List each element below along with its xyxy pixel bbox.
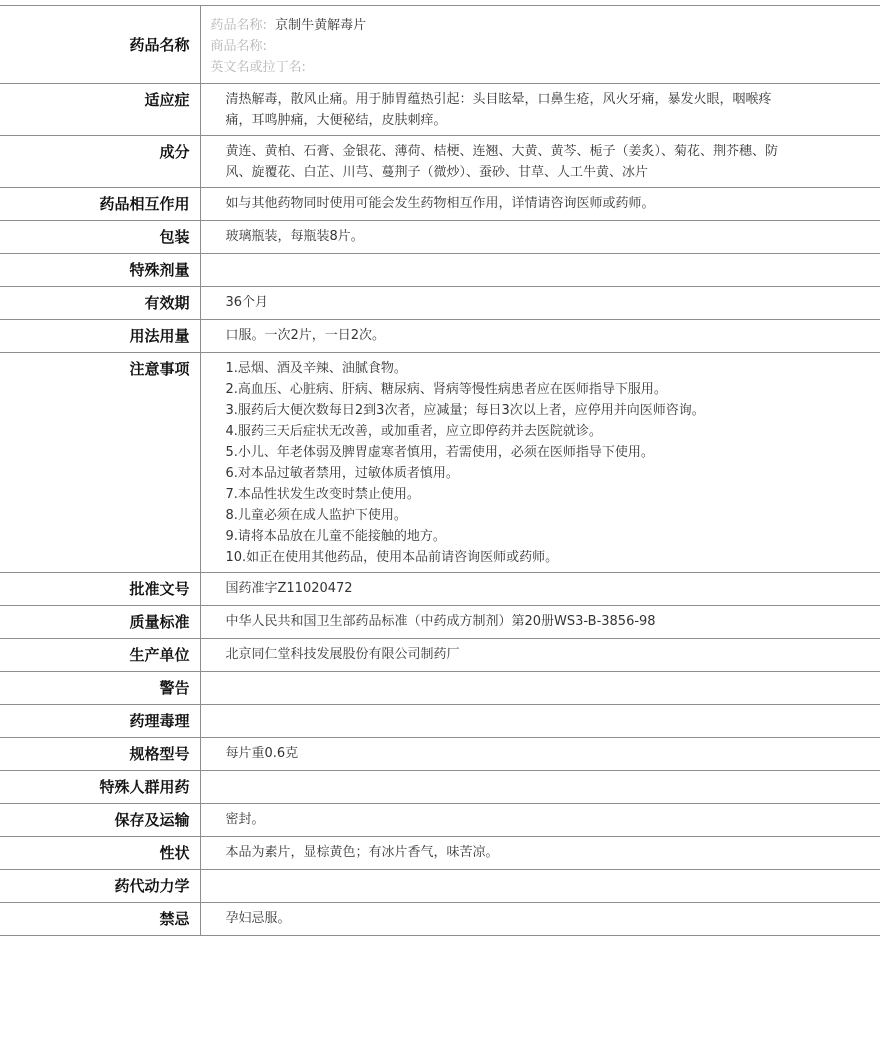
list-item: 9.请将本品放在儿童不能接触的地方。 [226, 526, 791, 547]
list-item: 7.本品性状发生改变时禁止使用。 [226, 484, 791, 505]
row-ingredients: 成分 黄连、黄柏、石膏、金银花、薄荷、桔梗、连翘、大黄、黄芩、栀子（姜炙）、菊花… [0, 136, 880, 188]
row-label: 药理毒理 [0, 705, 200, 738]
row-label: 适应症 [0, 84, 200, 136]
row-label: 成分 [0, 136, 200, 188]
row-label: 特殊剂量 [0, 254, 200, 287]
generic-name-line: 药品名称: 京制牛黄解毒片 [211, 6, 791, 36]
row-pharmacokinetics: 药代动力学 [0, 870, 880, 903]
row-value [200, 705, 880, 738]
generic-name-label: 药品名称: [211, 18, 267, 33]
english-name-line: 英文名或拉丁名: [211, 57, 791, 78]
trade-name-label: 商品名称: [211, 39, 267, 54]
list-item: 3.服药后大便次数每日2到3次者，应减量；每日3次以上者，应停用并向医师咨询。 [226, 400, 791, 421]
row-interactions: 药品相互作用 如与其他药物同时使用可能会发生药物相互作用，详情请咨询医师或药师。 [0, 188, 880, 221]
list-item: 6.对本品过敏者禁用，过敏体质者慎用。 [226, 463, 791, 484]
precautions-list: 1.忌烟、酒及辛辣、油腻食物。 2.高血压、心脏病、肝病、糖尿病、肾病等慢性病患… [226, 353, 791, 571]
row-label: 有效期 [0, 287, 200, 320]
row-warning: 警告 [0, 672, 880, 705]
row-label: 警告 [0, 672, 200, 705]
row-label: 保存及运输 [0, 804, 200, 837]
row-value: 每片重0.6克 [200, 738, 880, 771]
row-value: 国药准字Z11020472 [200, 573, 880, 606]
row-label: 性状 [0, 837, 200, 870]
trade-name-line: 商品名称: [211, 36, 791, 57]
row-value [200, 254, 880, 287]
row-value: 1.忌烟、酒及辛辣、油腻食物。 2.高血压、心脏病、肝病、糖尿病、肾病等慢性病患… [200, 353, 880, 573]
row-value [200, 771, 880, 804]
row-value: 36个月 [200, 287, 880, 320]
row-label: 禁忌 [0, 903, 200, 936]
row-label: 批准文号 [0, 573, 200, 606]
row-value: 口服。一次2片，一日2次。 [200, 320, 880, 353]
row-value: 黄连、黄柏、石膏、金银花、薄荷、桔梗、连翘、大黄、黄芩、栀子（姜炙）、菊花、荆芥… [200, 136, 880, 188]
row-label: 质量标准 [0, 606, 200, 639]
row-indications: 适应症 清热解毒，散风止痛。用于肺胃蕴热引起：头目眩晕，口鼻生疮，风火牙痛，暴发… [0, 84, 880, 136]
row-precautions: 注意事项 1.忌烟、酒及辛辣、油腻食物。 2.高血压、心脏病、肝病、糖尿病、肾病… [0, 353, 880, 573]
row-storage: 保存及运输 密封。 [0, 804, 880, 837]
row-label: 药品名称 [0, 6, 200, 84]
list-item: 2.高血压、心脏病、肝病、糖尿病、肾病等慢性病患者应在医师指导下服用。 [226, 379, 791, 400]
row-pharmacology-toxicology: 药理毒理 [0, 705, 880, 738]
row-value: 本品为素片，显棕黄色；有冰片香气，味苦凉。 [200, 837, 880, 870]
row-value: 如与其他药物同时使用可能会发生药物相互作用，详情请咨询医师或药师。 [200, 188, 880, 221]
row-quality-standard: 质量标准 中华人民共和国卫生部药品标准（中药成方制剂）第20册WS3-B-385… [0, 606, 880, 639]
english-name-label: 英文名或拉丁名: [211, 60, 306, 75]
row-special-populations: 特殊人群用药 [0, 771, 880, 804]
row-value: 玻璃瓶装，每瓶装8片。 [200, 221, 880, 254]
row-label: 药代动力学 [0, 870, 200, 903]
row-value: 孕妇忌服。 [200, 903, 880, 936]
list-item: 10.如正在使用其他药品，使用本品前请咨询医师或药师。 [226, 547, 791, 568]
row-label: 特殊人群用药 [0, 771, 200, 804]
row-value: 清热解毒，散风止痛。用于肺胃蕴热引起：头目眩晕，口鼻生疮，风火牙痛，暴发火眼，咽… [200, 84, 880, 136]
row-special-dosage: 特殊剂量 [0, 254, 880, 287]
row-label: 生产单位 [0, 639, 200, 672]
row-contraindications: 禁忌 孕妇忌服。 [0, 903, 880, 936]
row-value [200, 870, 880, 903]
row-label: 注意事项 [0, 353, 200, 573]
list-item: 5.小儿、年老体弱及脾胃虚寒者慎用，若需使用，必须在医师指导下使用。 [226, 442, 791, 463]
row-manufacturer: 生产单位 北京同仁堂科技发展股份有限公司制药厂 [0, 639, 880, 672]
row-shelf-life: 有效期 36个月 [0, 287, 880, 320]
generic-name-value: 京制牛黄解毒片 [275, 18, 366, 33]
row-dosage: 用法用量 口服。一次2片，一日2次。 [0, 320, 880, 353]
list-item: 1.忌烟、酒及辛辣、油腻食物。 [226, 358, 791, 379]
row-drug-name: 药品名称 药品名称: 京制牛黄解毒片 商品名称: 英文名或拉丁名: [0, 6, 880, 84]
row-packaging: 包装 玻璃瓶装，每瓶装8片。 [0, 221, 880, 254]
row-label: 用法用量 [0, 320, 200, 353]
row-value: 药品名称: 京制牛黄解毒片 商品名称: 英文名或拉丁名: [200, 6, 880, 84]
row-label: 规格型号 [0, 738, 200, 771]
row-label: 包装 [0, 221, 200, 254]
list-item: 8.儿童必须在成人监护下使用。 [226, 505, 791, 526]
row-label: 药品相互作用 [0, 188, 200, 221]
row-specification: 规格型号 每片重0.6克 [0, 738, 880, 771]
row-value: 北京同仁堂科技发展股份有限公司制药厂 [200, 639, 880, 672]
row-approval-number: 批准文号 国药准字Z11020472 [0, 573, 880, 606]
row-description: 性状 本品为素片，显棕黄色；有冰片香气，味苦凉。 [0, 837, 880, 870]
list-item: 4.服药三天后症状无改善，或加重者，应立即停药并去医院就诊。 [226, 421, 791, 442]
row-value [200, 672, 880, 705]
row-value: 密封。 [200, 804, 880, 837]
row-value: 中华人民共和国卫生部药品标准（中药成方制剂）第20册WS3-B-3856-98 [200, 606, 880, 639]
drug-spec-table: 药品名称 药品名称: 京制牛黄解毒片 商品名称: 英文名或拉丁名: 适应症 清热… [0, 5, 880, 936]
